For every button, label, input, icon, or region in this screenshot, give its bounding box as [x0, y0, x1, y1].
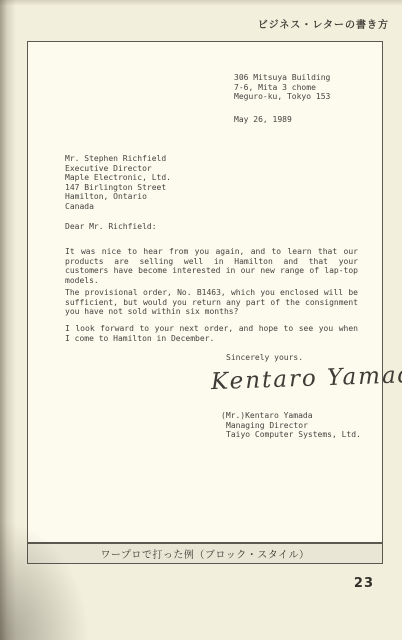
sender-address-line: Meguro-ku, Tokyo 153 — [234, 92, 330, 102]
recipient-address-block: Mr. Stephen Richfield Executive Director… — [65, 154, 171, 211]
letter-paragraph: It was nice to hear from you again, and … — [65, 247, 358, 285]
signature-block: (Mr.)Kentaro Yamada Managing Director Ta… — [221, 411, 361, 440]
recipient-line: 147 Birlington Street — [65, 183, 171, 193]
signature-line: (Mr.)Kentaro Yamada — [221, 411, 361, 421]
page-top-shadow — [0, 0, 402, 6]
sender-address-line: 7-6, Mita 3 chome — [234, 83, 330, 93]
letter-paragraph: The provisional order, No. B1463, which … — [65, 288, 358, 317]
complimentary-closing: Sincerely yours. — [226, 353, 303, 363]
letter-paragraph: I look forward to your next order, and h… — [65, 324, 358, 343]
sender-address-block: 306 Mitsuya Building 7-6, Mita 3 chome M… — [234, 73, 330, 102]
page-header-title: ビジネス・レターの書き方 — [258, 16, 389, 31]
page-number: 23 — [354, 576, 374, 591]
letter-date: May 26, 1989 — [234, 115, 292, 125]
sender-address-line: 306 Mitsuya Building — [234, 73, 330, 83]
caption-bar: ワープロで打った例（ブロック・スタイル） — [27, 543, 383, 564]
recipient-line: Executive Director — [65, 164, 171, 174]
salutation: Dear Mr. Richfield: — [65, 222, 157, 232]
handwritten-signature: Kentaro Yamada — [211, 363, 392, 395]
recipient-line: Maple Electronic, Ltd. — [65, 173, 171, 183]
caption-text: ワープロで打った例（ブロック・スタイル） — [100, 546, 309, 561]
signature-line: Managing Director — [221, 421, 361, 431]
signature-line: Taiyo Computer Systems, Ltd. — [221, 430, 361, 440]
recipient-line: Hamilton, Ontario — [65, 192, 171, 202]
recipient-line: Mr. Stephen Richfield — [65, 154, 171, 164]
page-spine-shadow — [0, 0, 16, 640]
letter-example-box: 306 Mitsuya Building 7-6, Mita 3 chome M… — [27, 41, 383, 543]
recipient-line: Canada — [65, 202, 171, 212]
